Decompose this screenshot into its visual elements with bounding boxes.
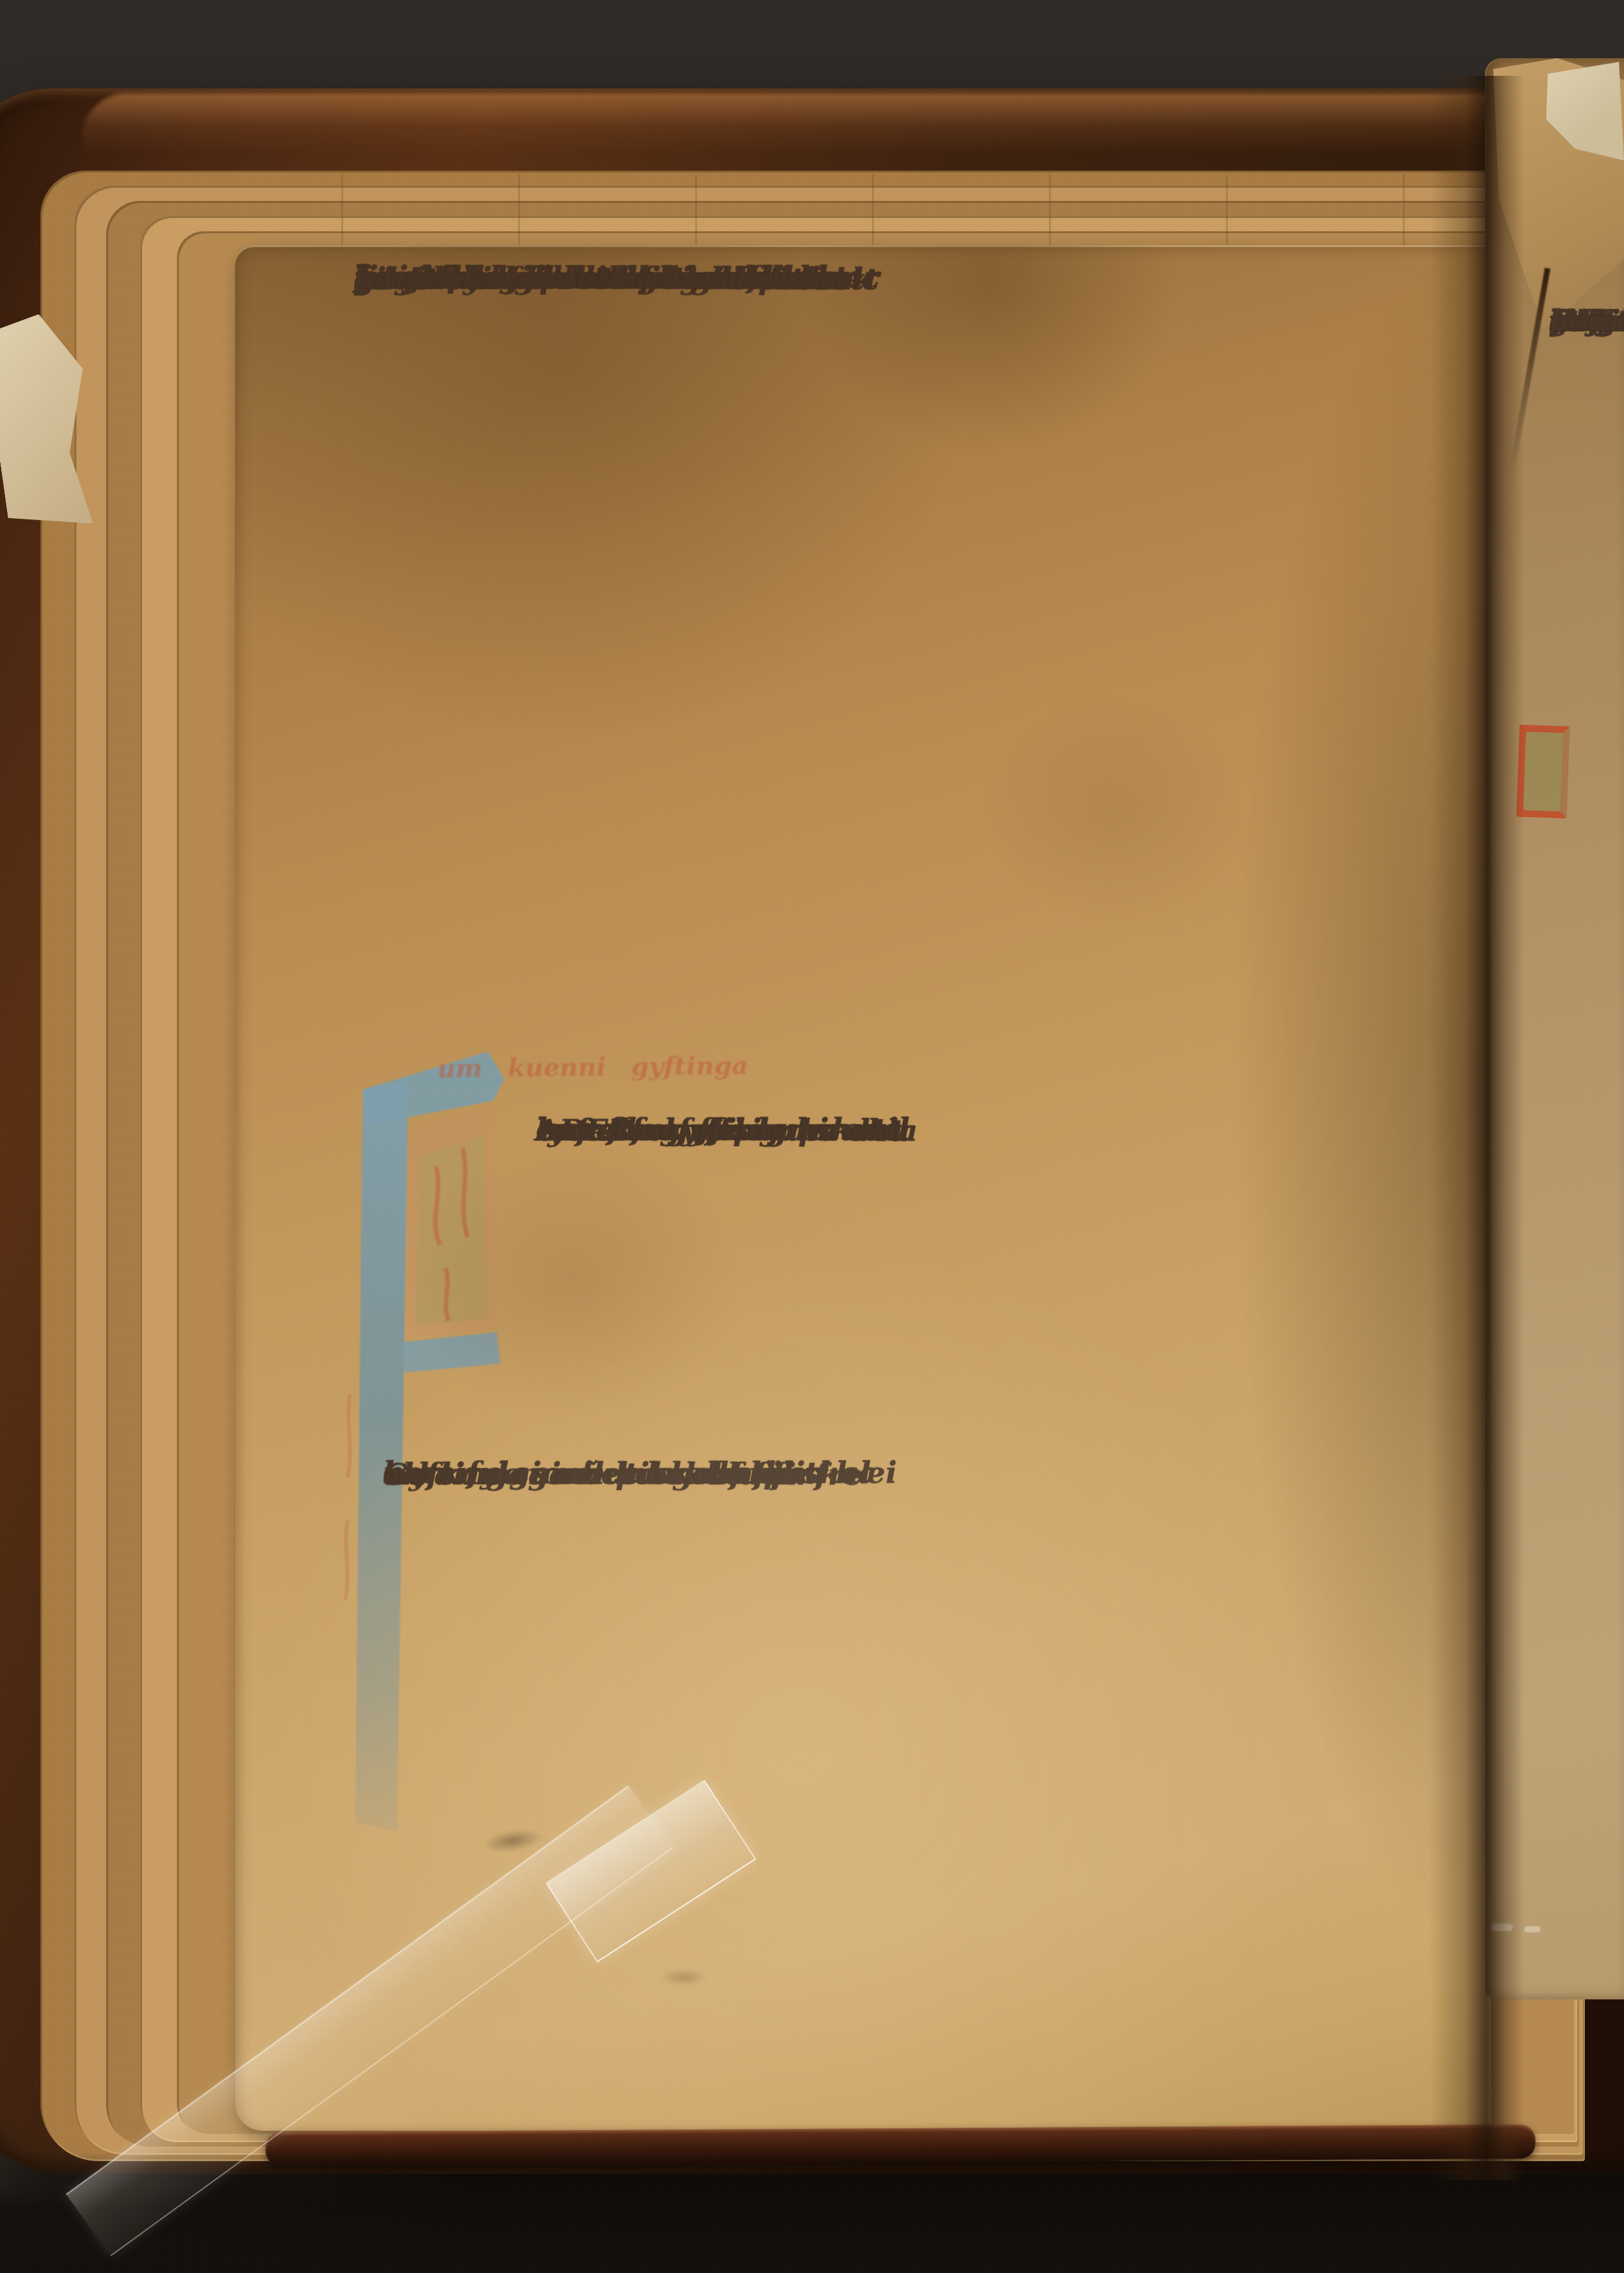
paint-speck xyxy=(1491,1924,1513,1931)
right-page-edge: þar erhe miker horfir atþa filekanatinga… xyxy=(1485,58,1624,1999)
illuminated-initial-F xyxy=(341,1040,509,1836)
initial-green-infill xyxy=(416,1136,487,1326)
tear-slit xyxy=(1508,268,1550,475)
right-page-text-fragments: þar erhe miker horfir atþa filekanatinga… xyxy=(1549,297,1624,1592)
manuscript-text-line: bard ok a han ser eigi handa xyxy=(354,249,839,308)
manuscript-text-line: ak aindaga ner brullaup skal xyxy=(383,1445,871,1504)
background-shadow-band xyxy=(0,2152,1624,2273)
manuscript-text-line: þau xyxy=(1549,297,1608,346)
initial-middle-arm xyxy=(402,1332,500,1373)
parchment-stain xyxy=(660,1969,708,1985)
manuscript-text-line: nazsto gyftingam rada xyxy=(536,1101,918,1160)
rubric-heading: um kuenni gyftinga xyxy=(437,1046,868,1086)
manuscript-photo: um kuenni gyftinga þo at hon forett unda… xyxy=(0,0,1624,2273)
margin-red-marks xyxy=(345,1394,350,1600)
leather-highlight xyxy=(82,94,1624,154)
page-edge-cracks xyxy=(246,174,1485,249)
left-page: um kuenni gyftinga þo at hon forett unda… xyxy=(235,245,1491,2131)
paint-speck xyxy=(1524,1926,1541,1932)
